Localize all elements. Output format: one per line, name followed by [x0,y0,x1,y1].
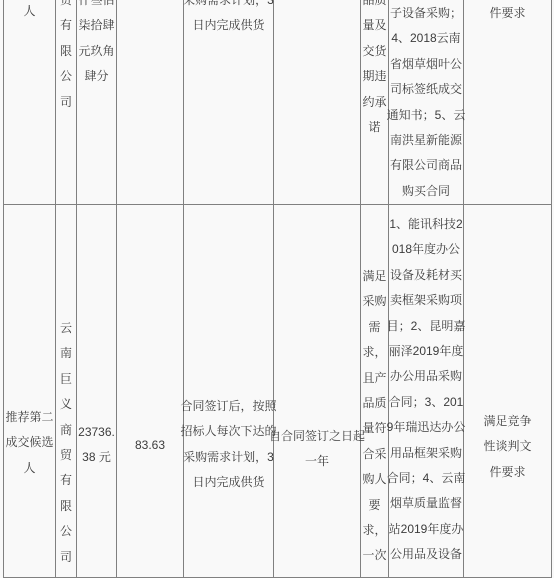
cell-compliance-statement: 件要求 [464,0,552,204]
cell-compliance-statement: 满足竞争性谈判文件要求 [464,205,552,577]
cell-supplier-name: 云南巨义商贸有限公司 [56,205,77,577]
cell-similar-contracts: 1、能讯科技2018年度办公设备及耗材买卖框架采购项目；2、昆明嘉丽泽2019年… [389,205,464,577]
cell-similar-contracts: 子设备采购；4、2018云南省烟草烟叶公司标签纸成交通知书；5、云南洪星新能源有… [389,0,464,204]
cell-validity-period [274,0,361,204]
cell-quality-commitment: 满足采购需求，且产品质量符合采购人要求，一次 [361,205,389,577]
procurement-result-screenshot: 人 贸有限公司 仟叁佰柒拾肆元玖角肆分 采购需求计划，3日内完成供货 品质量及交… [0,0,554,585]
cell-score [117,0,184,204]
cell-score: 83.63 [117,205,184,577]
cell-quality-delivery-commitment: 品质量及交货期违约承诺 [361,0,389,204]
procurement-result-table-area: 人 贸有限公司 仟叁佰柒拾肆元玖角肆分 采购需求计划，3日内完成供货 品质量及交… [0,0,554,578]
cell-candidate-label: 推荐第二成交候选人 [4,205,56,577]
cell-validity-period: 自合同签订之日起一年 [274,205,361,577]
cell-bid-amount-words: 仟叁佰柒拾肆元玖角肆分 [77,0,117,204]
table-row-second-candidate: 推荐第二成交候选人 云南巨义商贸有限公司 23736.38 元 83.63 合同… [4,205,552,578]
cell-candidate-label: 人 [4,0,56,204]
cell-supplier-name: 贸有限公司 [56,0,77,204]
candidate-result-table: 人 贸有限公司 仟叁佰柒拾肆元玖角肆分 采购需求计划，3日内完成供货 品质量及交… [3,0,552,578]
cell-delivery-terms: 采购需求计划，3日内完成供货 [184,0,274,204]
cell-bid-amount: 23736.38 元 [77,205,117,577]
cell-delivery-terms: 合同签订后，按照招标人每次下达的采购需求计划，3日内完成供货 [184,205,274,577]
table-row-first-candidate-partial: 人 贸有限公司 仟叁佰柒拾肆元玖角肆分 采购需求计划，3日内完成供货 品质量及交… [4,0,552,205]
